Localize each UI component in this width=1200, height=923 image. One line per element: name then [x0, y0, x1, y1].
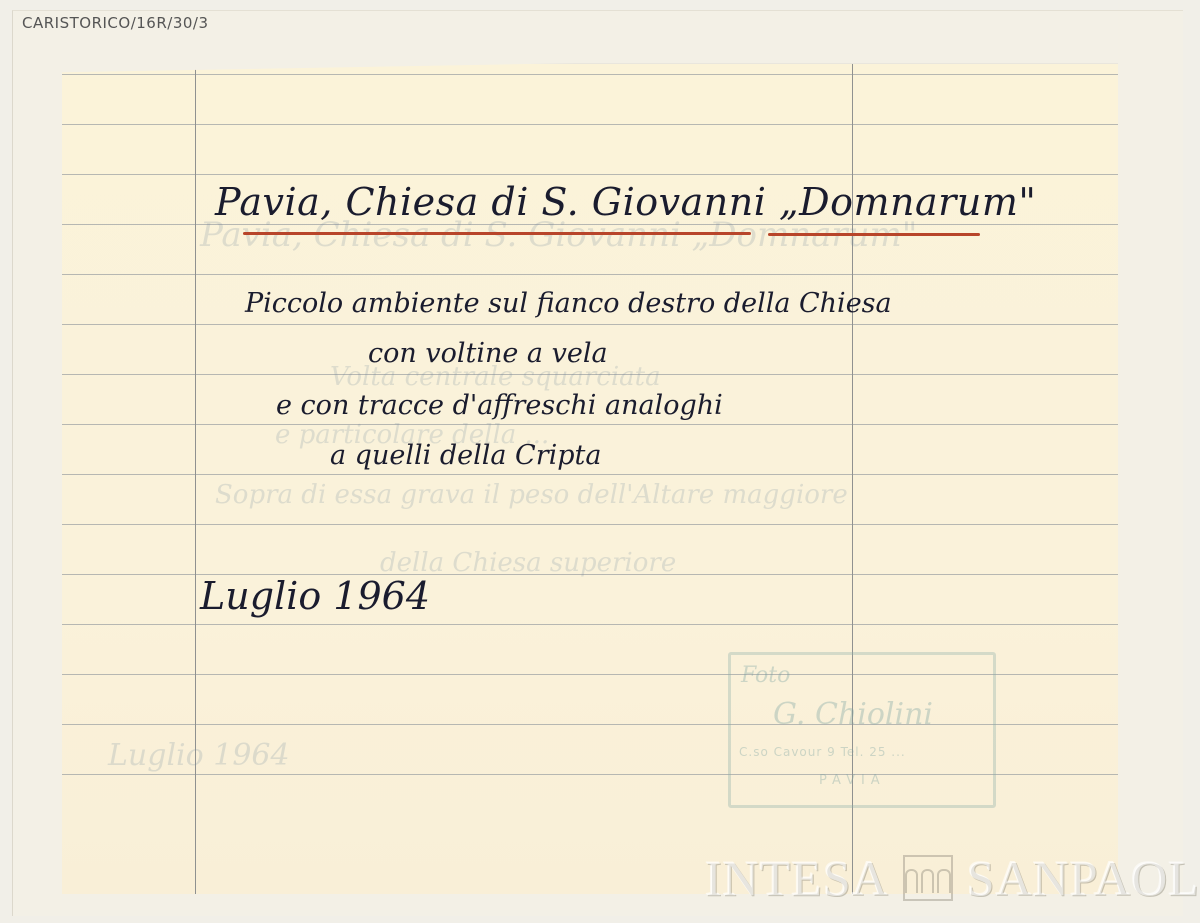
bank-arches-logo-icon: [903, 855, 953, 901]
stamp-photographer-name: G. Chiolini: [773, 697, 933, 732]
bleed-through-line: Sopra di essa grava il peso dell'Altare …: [215, 480, 848, 510]
rule-line: [62, 74, 1118, 75]
rule-line: [62, 524, 1118, 525]
body-line-1: Piccolo ambiente sul fianco destro della…: [245, 288, 892, 319]
photographer-stamp: Foto G. Chiolini C.so Cavour 9 Tel. 25 .…: [728, 652, 996, 808]
title-main: Pavia, Chiesa di S. Giovanni: [215, 180, 766, 224]
title-quoted: „Domnarum": [779, 180, 1036, 224]
rule-line: [62, 174, 1118, 175]
body-line-2: con voltine a vela: [368, 338, 608, 369]
bleed-through-date: Luglio 1964: [108, 738, 290, 773]
rule-line: [62, 424, 1118, 425]
document-title: Pavia, Chiesa di S. Giovanni „Domnarum": [215, 180, 1036, 224]
watermark-right-text: SANPAOLO: [967, 849, 1200, 907]
stamp-address: C.so Cavour 9 Tel. 25 ...: [739, 745, 906, 759]
rule-line: [62, 624, 1118, 625]
body-line-4: a quelli della Cripta: [330, 440, 601, 471]
title-underline-red: [243, 232, 751, 235]
body-line-3: e con tracce d'affreschi analoghi: [276, 390, 723, 421]
stamp-city: PAVIA: [819, 773, 886, 788]
archive-reference-label: CARISTORICO/16R/30/3: [22, 14, 209, 32]
rule-line: [62, 474, 1118, 475]
quoted-underline-red: [768, 233, 980, 236]
rule-line: [62, 324, 1118, 325]
rule-line: [62, 124, 1118, 125]
rule-line: [62, 274, 1118, 275]
document-date: Luglio 1964: [200, 574, 430, 618]
watermark-left-text: INTESA: [705, 849, 889, 907]
stamp-foto-label: Foto: [741, 663, 790, 688]
intesa-sanpaolo-watermark: INTESA SANPAOLO: [705, 848, 1200, 908]
